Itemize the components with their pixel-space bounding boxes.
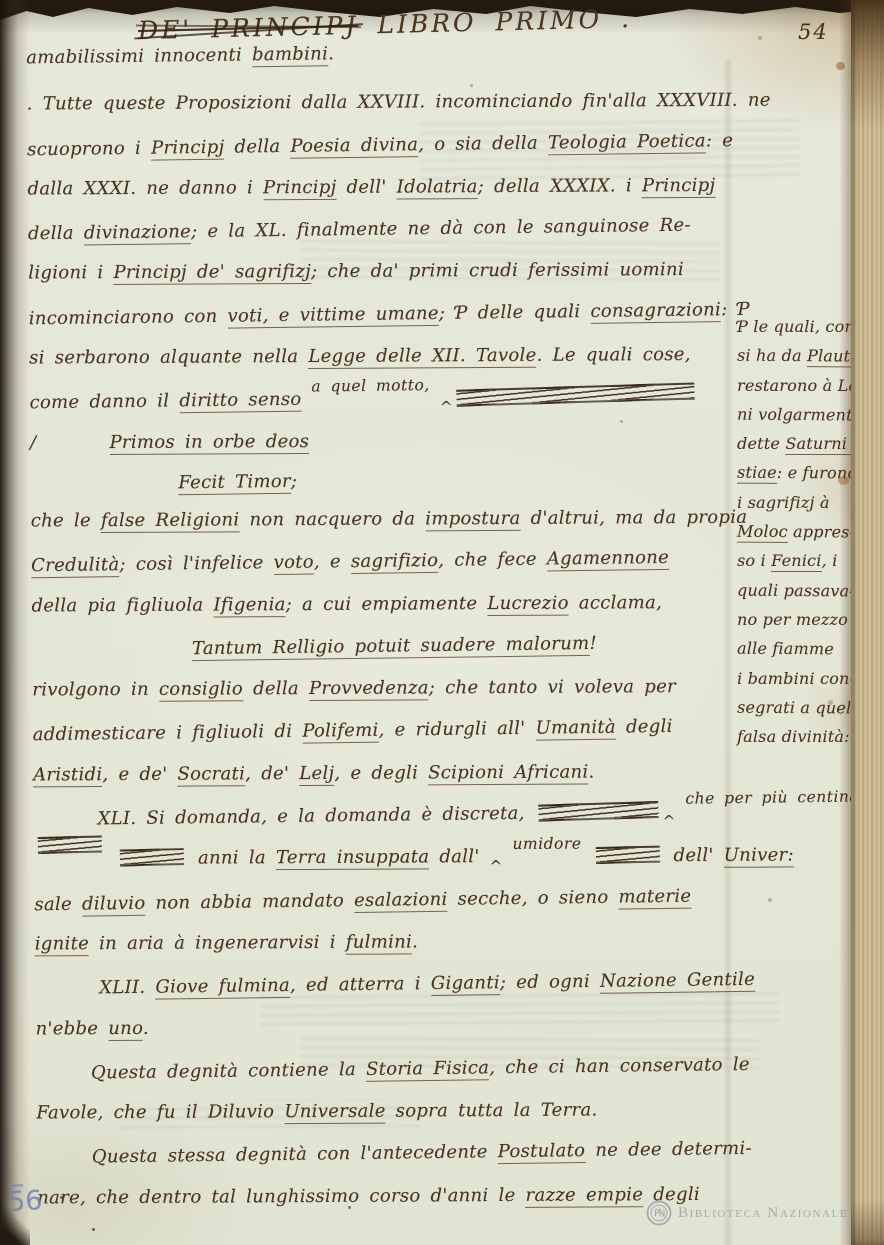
- library-monogram-icon: [646, 1200, 672, 1226]
- manuscript-line: della pia figliuola Ifigenia; a cui empi…: [31, 581, 745, 627]
- manuscript-body: amabilissimi innocenti bambini. . Tutte …: [26, 29, 751, 1221]
- margin-note-line: ni volgarmente: [737, 399, 855, 429]
- book-gutter: [0, 0, 30, 1245]
- margin-note-line: alle fiamme: [737, 634, 855, 664]
- ink-dot: [60, 1196, 63, 1199]
- manuscript-scan: DE' PRINCIPJ LIBRO PRIMO . 54 amabilissi…: [0, 0, 884, 1245]
- margin-note-line: i bambini con-: [737, 664, 855, 693]
- manuscript-line: n'ebbe uno.: [35, 1004, 749, 1050]
- manuscript-line: Credulità; così l'infelice voto, e sagri…: [31, 536, 745, 588]
- manuscript-line: addimesticare i figliuoli di Polifemi, e…: [32, 705, 746, 757]
- margin-note-line: so i Fenici, i: [737, 546, 855, 575]
- ink-dot: [348, 1206, 351, 1209]
- manuscript-line: . Tutte queste Proposizioni dalla XXVIII…: [27, 80, 741, 126]
- manuscript-line: incominciarono con voti, e vittime umane…: [28, 289, 742, 341]
- manuscript-line: Questa stessa degnità con l'antecedente …: [37, 1128, 751, 1180]
- margin-note-line: dette Saturni ho-: [737, 429, 855, 458]
- margin-note-line: Moloc appres-: [737, 517, 855, 547]
- stain: [620, 420, 623, 423]
- manuscript-line: amabilissimi innocenti bambini.: [26, 28, 740, 80]
- manuscript-line: dalla XXXI. ne danno i Principj dell' Id…: [27, 165, 741, 211]
- manuscript-line: sale diluvio non abbia mandato esalazion…: [34, 875, 748, 927]
- ink-dot: [92, 1228, 95, 1231]
- manuscript-line: Favole, che fu il Diluvio Universale sop…: [36, 1089, 750, 1135]
- margin-note-line: segrati a quella: [737, 692, 855, 722]
- margin-note-line: stiae: e furono: [737, 458, 855, 488]
- manuscript-quote-line: / Primos in orbe deos: [30, 418, 744, 464]
- margin-note-line: si ha da Plauto,: [737, 341, 855, 371]
- manuscript-line: scuoprono i Principj della Poesia divina…: [27, 119, 741, 171]
- margin-note: Ƥ le quali, come si ha da Plauto, restar…: [737, 312, 855, 751]
- manuscript-line: XLII. Giove fulmina, ed atterra i Gigant…: [35, 959, 749, 1011]
- manuscript-line: ignite in aria à ingenerarvisi i fulmini…: [35, 920, 749, 966]
- page-fold-shadow: [839, 0, 851, 1245]
- margin-note-line: restarono à Lati-: [737, 371, 855, 400]
- stain: [768, 898, 772, 902]
- bottom-left-corner-shadow: [0, 1201, 30, 1245]
- manuscript-quote-line: Tantum Relligio potuit suadere malorum!: [32, 621, 746, 673]
- margin-note-line: falsa divinità:: [737, 722, 855, 751]
- manuscript-line: Aristidi, e de' Socrati, de' Lelj, e deg…: [33, 750, 747, 796]
- folio-number: 54: [798, 20, 829, 44]
- manuscript-line: ligioni i Principj de' sagrifizj; che da…: [28, 249, 742, 295]
- manuscript-line: della divinazione; e la XL. finalmente n…: [28, 204, 742, 256]
- manuscript-line: anni la Terra insuppata dall' ^ umidore …: [34, 835, 748, 881]
- manuscript-line: rivolgono in consiglio della Provvedenza…: [32, 666, 746, 712]
- margin-note-line: no per mezzo: [737, 605, 855, 634]
- manuscript-line: XLI. Si domanda, e la domanda è discreta…: [33, 790, 747, 842]
- margin-note-line: Ƥ le quali, come: [737, 312, 855, 341]
- stain: [470, 84, 473, 87]
- page-edge-strip: [851, 0, 884, 1245]
- manuscript-line: che le false Religioni non nacquero da i…: [31, 497, 745, 543]
- manuscript-line: Questa degnità contiene la Storia Fisica…: [36, 1044, 750, 1096]
- margin-note-line: quali passava-: [737, 575, 855, 605]
- manuscript-line: come danno il diritto senso a quel motto…: [29, 373, 743, 425]
- manuscript-line: nare, che dentro tal lunghissimo corso d…: [37, 1173, 751, 1219]
- stain: [758, 36, 762, 40]
- margin-note-line: i sagrifizj à: [737, 488, 855, 517]
- stain: [828, 700, 833, 705]
